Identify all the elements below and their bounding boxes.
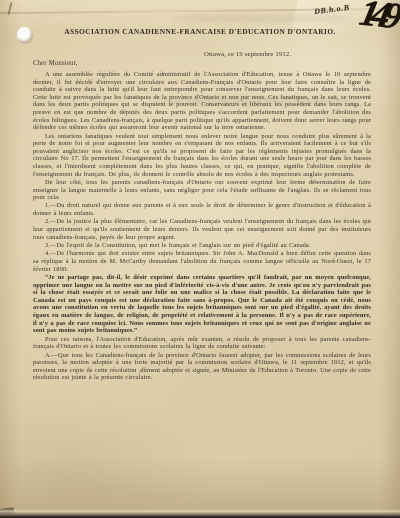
paragraph-resolution: Pour ces raisons, l'Association d'Educat… [33,336,371,351]
scanned-letter-page: DB.h.o.B 149 ASSOCIATION CANADIENNE-FRAN… [0,0,400,518]
list-item-4: 4.—De l'harmonie qui doit exister entre … [33,250,371,273]
paragraph-regulation17: Les ontariens fanatiques veulent tout si… [33,133,371,179]
list-item-2: 2.—De la justice la plus élémentaire, ca… [33,218,371,241]
letter-body: A une assemblée régulière du Comité admi… [33,71,371,383]
macdonald-quote: “Je ne partage pas, dit-il, le désir exp… [33,274,371,335]
paragraph-parents: De leur côté, tous les parents canadiens… [33,179,371,202]
document-title: ASSOCIATION CANADIENNE-FRANCAISE D'EDUCA… [0,27,400,36]
scan-bottom-edge [0,509,400,518]
list-item-a: A.—Que tous les Canadiens-français de la… [33,352,371,382]
dateline: Ottawa, ce 19 septembre 1912. [204,51,291,58]
list-item-3: 3.—De l'esprit de la Constitution, qui m… [33,242,371,250]
paragraph-intro: A une assemblée régulière du Comité admi… [33,71,371,132]
list-item-1: 1.—Du droit naturel qui donne aux parent… [33,202,371,217]
salutation: Cher Monsieur, [33,60,78,67]
